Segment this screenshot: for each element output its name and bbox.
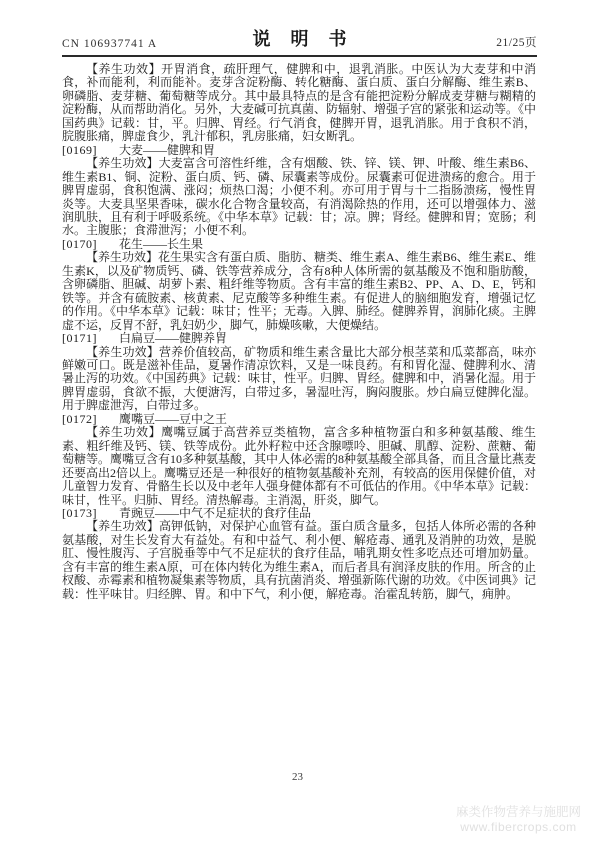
section-title: 鹰嘴豆——豆中之王 — [119, 412, 227, 426]
section-title: 青豌豆——中气不足症状的食疗佳品 — [119, 506, 311, 520]
page-indicator: 21/25页 — [496, 34, 537, 50]
paragraph-0171: 【养生功效】营养价值较高，矿物质和维生素含量比大部分根茎菜和瓜菜都高，味亦鲜嫩可… — [62, 346, 536, 413]
paragraph-number: [0171] — [62, 332, 97, 345]
paragraph-0172: 【养生功效】鹰嘴豆属于高营养豆类植物，富含多种植物蛋白和多种氨基酸、维生素、粗纤… — [62, 426, 536, 507]
section-title: 白扁豆——健脾养胃 — [119, 331, 227, 345]
paragraph-0170: 【养生功效】花生果实含有蛋白质、脂肪、糖类、维生素A、维生素B6、维生素E、维生… — [62, 251, 536, 332]
page-header: CN 106937741 A 说明书 21/25页 — [62, 0, 537, 57]
watermark: 麻类作物营养与施肥网 www.fibercrops.com — [456, 805, 581, 834]
paragraph-intro: 【养生功效】开胃消食，疏肝理气，健脾和中，退乳消胀。中医认为大麦芽和中消食，补而… — [62, 63, 536, 144]
patent-specification-page: CN 106937741 A 说明书 21/25页 【养生功效】开胃消食，疏肝理… — [0, 0, 595, 842]
header-divider — [62, 55, 537, 57]
specification-body: 【养生功效】开胃消食，疏肝理气，健脾和中，退乳消胀。中医认为大麦芽和中消食，补而… — [62, 63, 536, 601]
section-title: 大麦——健脾和胃 — [119, 143, 215, 157]
watermark-url: www.fibercrops.com — [456, 820, 581, 835]
paragraph-0173: 【养生功效】高钾低钠，对保护心血管有益。蛋白质含量多，包括人体所必需的各种氨基酸… — [62, 520, 536, 601]
section-heading-0171: [0171]白扁豆——健脾养胃 — [62, 332, 536, 345]
paragraph-0169: 【养生功效】大麦富含可溶性纤维，含有烟酸、铁、锌、镁、钾、叶酸、维生素B6、维生… — [62, 157, 536, 238]
watermark-site-name: 麻类作物营养与施肥网 — [456, 805, 581, 820]
patent-number: CN 106937741 A — [62, 38, 157, 50]
document-title: 说明书 — [233, 25, 367, 51]
footer-page-number: 23 — [0, 771, 595, 783]
section-title: 花生——长生果 — [119, 237, 203, 251]
